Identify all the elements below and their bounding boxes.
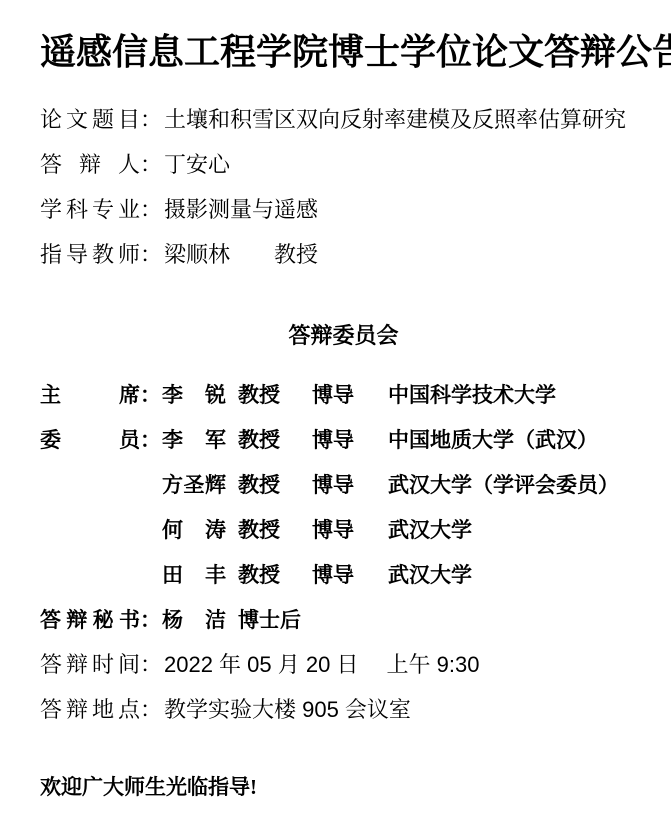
member-affiliation: 武汉大学 xyxy=(388,559,472,589)
defense-time-value: 2022 年 05 月 20 日 上午 9:30 xyxy=(164,648,480,679)
member-name: 李军 xyxy=(162,424,226,454)
defense-location-label: 答辩地点 xyxy=(40,693,140,724)
member-affiliation: 武汉大学（学评会委员） xyxy=(388,469,619,499)
secretary-role: 答辩秘书 xyxy=(40,604,140,634)
member-affiliation: 中国地质大学（武汉） xyxy=(388,424,598,454)
thesis-title-value: 土壤和积雪区双向反射率建模及反照率估算研究 xyxy=(164,103,626,134)
role-colon: ： xyxy=(140,604,162,634)
member-name: 方圣辉 xyxy=(162,469,226,499)
member-name: 何涛 xyxy=(162,514,226,544)
label-colon: ： xyxy=(140,693,164,724)
advisor-title: 教授 xyxy=(274,238,318,269)
candidate-name: 丁安心 xyxy=(164,148,230,179)
info-row-candidate: 答辩人 ： 丁安心 xyxy=(40,141,647,186)
secretary-name: 杨洁 xyxy=(162,604,226,634)
defense-location-value: 教学实验大楼 905 会议室 xyxy=(164,693,411,724)
thesis-title-label: 论文题目 xyxy=(40,103,140,134)
info-row-advisor: 指导教师 ： 梁顺林 教授 xyxy=(40,231,647,276)
member-title: 教授 xyxy=(238,559,284,589)
committee-row-member: 方圣辉 教授 博导 武汉大学（学评会委员） xyxy=(40,461,647,506)
member-affiliation: 中国科学技术大学 xyxy=(388,379,556,409)
member-name: 田丰 xyxy=(162,559,226,589)
committee-heading: 答辩委员会 xyxy=(40,313,647,358)
committee-row-secretary: 答辩秘书 ： 杨洁 博士后 xyxy=(40,596,647,641)
member-title: 教授 xyxy=(238,379,284,409)
member-affiliation: 武汉大学 xyxy=(388,514,472,544)
info-row-major: 学科专业 ： 摄影测量与遥感 xyxy=(40,186,647,231)
thesis-info-section: 论文题目 ： 土壤和积雪区双向反射率建模及反照率估算研究 答辩人 ： 丁安心 学… xyxy=(40,96,647,276)
secretary-title: 博士后 xyxy=(238,604,301,634)
schedule-row-time: 答辩时间 ： 2022 年 05 月 20 日 上午 9:30 xyxy=(40,641,647,686)
defense-time-label: 答辩时间 xyxy=(40,648,140,679)
role-colon: ： xyxy=(140,424,162,454)
label-colon: ： xyxy=(140,148,164,179)
page-title: 遥感信息工程学院博士学位论文答辩公告 xyxy=(40,28,647,74)
member-advisor-status: 博导 xyxy=(312,424,356,454)
label-colon: ： xyxy=(140,193,164,224)
member-advisor-status: 博导 xyxy=(312,559,356,589)
label-colon: ： xyxy=(140,648,164,679)
member-name: 李锐 xyxy=(162,379,226,409)
member-advisor-status: 博导 xyxy=(312,514,356,544)
advisor-name: 梁顺林 xyxy=(164,238,230,269)
member-title: 教授 xyxy=(238,469,284,499)
member-role: 委员 xyxy=(40,424,140,454)
defense-announcement-document: 遥感信息工程学院博士学位论文答辩公告 论文题目 ： 土壤和积雪区双向反射率建模及… xyxy=(0,0,671,831)
schedule-row-location: 答辩地点 ： 教学实验大楼 905 会议室 xyxy=(40,686,647,731)
major-label: 学科专业 xyxy=(40,193,140,224)
advisor-label: 指导教师 xyxy=(40,238,140,269)
committee-row-member: 委员 ： 李军 教授 博导 中国地质大学（武汉） xyxy=(40,416,647,461)
role-colon: ： xyxy=(140,379,162,409)
committee-row-chair: 主席 ： 李锐 教授 博导 中国科学技术大学 xyxy=(40,371,647,416)
committee-row-member: 何涛 教授 博导 武汉大学 xyxy=(40,506,647,551)
member-title: 教授 xyxy=(238,424,284,454)
member-advisor-status: 博导 xyxy=(312,469,356,499)
candidate-label: 答辩人 xyxy=(40,148,140,179)
major-value: 摄影测量与遥感 xyxy=(164,193,318,224)
label-colon: ： xyxy=(140,103,164,134)
info-row-thesis-title: 论文题目 ： 土壤和积雪区双向反射率建模及反照率估算研究 xyxy=(40,96,647,141)
committee-row-member: 田丰 教授 博导 武汉大学 xyxy=(40,551,647,596)
member-role: 主席 xyxy=(40,379,140,409)
label-colon: ： xyxy=(140,238,164,269)
member-title: 教授 xyxy=(238,514,284,544)
member-advisor-status: 博导 xyxy=(312,379,356,409)
committee-section: 主席 ： 李锐 教授 博导 中国科学技术大学 委员 ： 李军 教授 博导 中国地… xyxy=(40,371,647,641)
welcome-message: 欢迎广大师生光临指导! xyxy=(40,765,647,810)
schedule-section: 答辩时间 ： 2022 年 05 月 20 日 上午 9:30 答辩地点 ： 教… xyxy=(40,641,647,731)
